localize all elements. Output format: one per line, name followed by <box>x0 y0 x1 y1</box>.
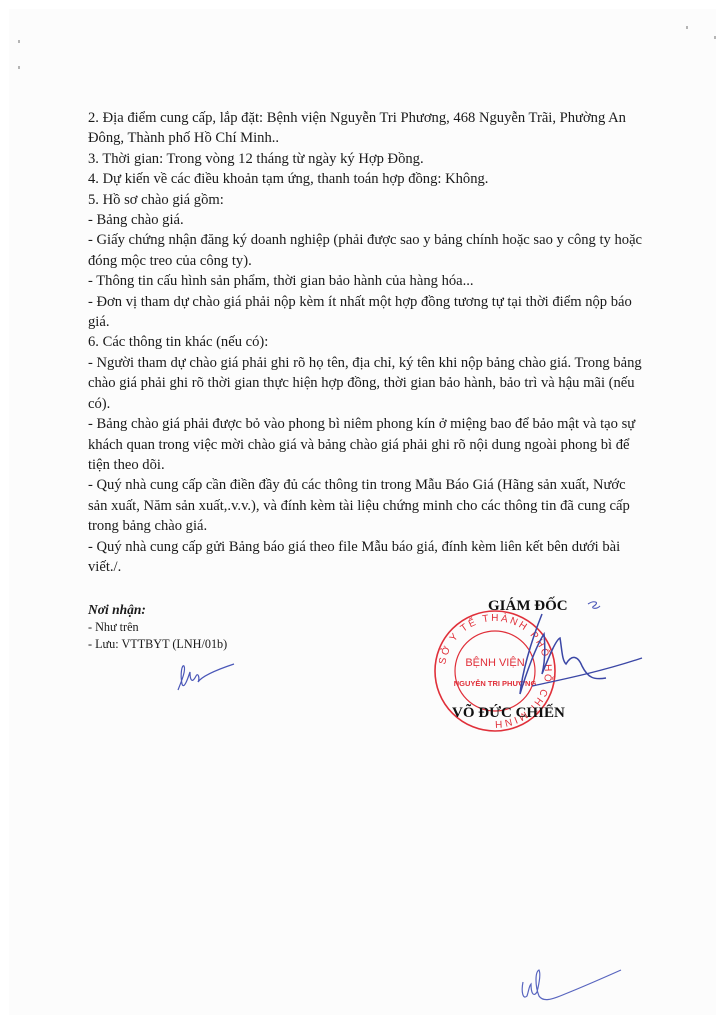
recipients-block: Nơi nhận: - Như trên - Lưu: VTTBYT (LNH/… <box>88 601 227 652</box>
signature-block: SỞ Y TẾ THÀNH PHỐ HỒ CHÍ MINH BỆNH VIỆN … <box>430 594 640 734</box>
paragraph-other-info-item: - Người tham dự chào giá phải ghi rõ họ … <box>88 353 648 414</box>
paragraph-payment-terms: 4. Dự kiến về các điều khoản tạm ứng, th… <box>88 169 648 189</box>
paragraph-dossier-item: - Thông tin cấu hình sản phẩm, thời gian… <box>88 271 648 291</box>
paragraph-dossier-item: - Giấy chứng nhận đăng ký doanh nghiệp (… <box>88 230 648 271</box>
paragraph-other-info-item: - Quý nhà cung cấp cần điền đầy đủ các t… <box>88 475 648 536</box>
paragraph-other-info-item: - Quý nhà cung cấp gửi Bảng báo giá theo… <box>88 537 648 578</box>
page-initials-icon <box>515 962 625 1006</box>
recipient-item: - Như trên <box>88 619 227 636</box>
paragraph-other-info-heading: 6. Các thông tin khác (nếu có): <box>88 332 648 352</box>
scan-speck <box>18 40 20 43</box>
signer-name: VÕ ĐỨC CHIẾN <box>452 705 565 722</box>
paragraph-dossier-item: - Đơn vị tham dự chào giá phải nộp kèm í… <box>88 292 648 333</box>
paragraph-other-info-item: - Bảng chào giá phải được bỏ vào phong b… <box>88 414 648 475</box>
initials-signature-icon <box>168 660 238 696</box>
recipient-item: - Lưu: VTTBYT (LNH/01b) <box>88 636 227 653</box>
document-body: 2. Địa điểm cung cấp, lắp đặt: Bệnh viện… <box>88 108 648 577</box>
director-signature-icon <box>470 594 645 704</box>
paragraph-time: 3. Thời gian: Trong vòng 12 tháng từ ngà… <box>88 149 648 169</box>
scan-speck <box>18 66 20 69</box>
recipients-title: Nơi nhận: <box>88 601 227 619</box>
paragraph-dossier-item: - Bảng chào giá. <box>88 210 648 230</box>
paragraph-dossier-heading: 5. Hồ sơ chào giá gồm: <box>88 190 648 210</box>
scan-speck <box>686 26 688 29</box>
scan-speck <box>714 36 716 39</box>
paragraph-delivery-location: 2. Địa điểm cung cấp, lắp đặt: Bệnh viện… <box>88 108 648 149</box>
